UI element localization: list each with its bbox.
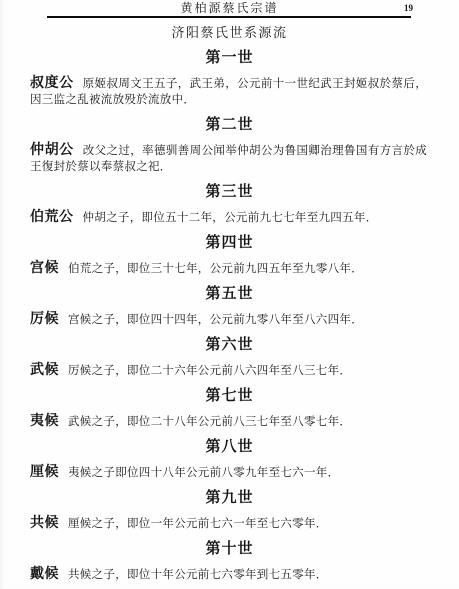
- person-name: 厉候: [30, 312, 59, 327]
- generation-heading: 第九世: [0, 490, 459, 507]
- generation-heading: 第六世: [0, 337, 459, 354]
- person-name: 伯荒公: [30, 210, 74, 225]
- person-biography: 原姬叔周文王五子，武王弟，公元前十一世纪武王封姬叔於蔡后，因三监之乱被流放殁於流…: [30, 78, 427, 106]
- person-biography: 共候之子，即位十年公元前七六零年到七五零年．: [68, 569, 328, 581]
- genealogy-page: 黄柏源蔡氏宗谱 19 济阳蔡氏世系源流 第一世 叔度公原姬叔周文王五子，武王弟，…: [0, 0, 459, 589]
- generation-section: 第二世 仲胡公改父之过，率德驯善周公闻举仲胡公为鲁国卿治理鲁国有方言於成王復封於…: [0, 117, 459, 175]
- person-biography: 武候之子，即位二十八年公元前八三七年至八零七年．: [68, 416, 351, 428]
- person-biography: 厘候之子，即位一年公元前七六一年至七六零年．: [68, 518, 328, 530]
- generation-list: 第一世 叔度公原姬叔周文王五子，武王弟，公元前十一世纪武王封姬叔於蔡后，因三监之…: [0, 50, 459, 583]
- generation-heading: 第十世: [0, 541, 459, 558]
- generation-heading: 第三世: [0, 184, 459, 201]
- person-name: 叔度公: [30, 76, 74, 91]
- person-name: 戴候: [30, 567, 59, 582]
- person-name: 夷候: [30, 414, 59, 429]
- generation-section: 第九世 共候厘候之子，即位一年公元前七六一年至七六零年．: [0, 490, 459, 532]
- person-name: 共候: [30, 516, 59, 531]
- generation-section: 第十世 戴候共候之子，即位十年公元前七六零年到七五零年．: [0, 541, 459, 583]
- generation-section: 第八世 厘候夷候之子即位四十八年公元前八零九年至七六一年．: [0, 439, 459, 481]
- page-number: 19: [404, 2, 413, 14]
- generation-heading: 第一世: [0, 50, 459, 67]
- generation-entry: 共候厘候之子，即位一年公元前七六一年至七六零年．: [0, 516, 459, 532]
- person-biography: 改父之过，率德驯善周公闻举仲胡公为鲁国卿治理鲁国有方言於成王復封於蔡以奉蔡叔之祀…: [30, 145, 427, 173]
- running-title: 黄柏源蔡氏宗谱: [0, 2, 459, 15]
- generation-entry: 伯荒公仲胡之子，即位五十二年，公元前九七七年至九四五年．: [0, 210, 459, 226]
- person-biography: 夷候之子即位四十八年公元前八零九年至七六一年．: [68, 467, 339, 479]
- generation-section: 第六世 武候厉候之子，即位二十六年公元前八六四年至八三七年．: [0, 337, 459, 379]
- generation-heading: 第四世: [0, 235, 459, 252]
- page-header: 黄柏源蔡氏宗谱 19: [0, 2, 459, 18]
- generation-section: 第一世 叔度公原姬叔周文王五子，武王弟，公元前十一世纪武王封姬叔於蔡后，因三监之…: [0, 50, 459, 108]
- generation-entry: 戴候共候之子，即位十年公元前七六零年到七五零年．: [0, 567, 459, 583]
- generation-entry: 仲胡公改父之过，率德驯善周公闻举仲胡公为鲁国卿治理鲁国有方言於成王復封於蔡以奉蔡…: [0, 143, 459, 175]
- generation-entry: 宫候伯荒之子，即位三十七年，公元前九四五年至九零八年．: [0, 261, 459, 277]
- generation-entry: 叔度公原姬叔周文王五子，武王弟，公元前十一世纪武王封姬叔於蔡后，因三监之乱被流放…: [0, 76, 459, 108]
- person-name: 武候: [30, 363, 59, 378]
- person-name: 仲胡公: [30, 143, 74, 158]
- generation-entry: 厉候宫候之子，即位四十四年，公元前九零八年至八六四年．: [0, 312, 459, 328]
- person-name: 宫候: [30, 261, 59, 276]
- generation-entry: 夷候武候之子，即位二十八年公元前八三七年至八零七年．: [0, 414, 459, 430]
- generation-entry: 武候厉候之子，即位二十六年公元前八六四年至八三七年．: [0, 363, 459, 379]
- generation-heading: 第七世: [0, 388, 459, 405]
- generation-heading: 第八世: [0, 439, 459, 456]
- generation-section: 第七世 夷候武候之子，即位二十八年公元前八三七年至八零七年．: [0, 388, 459, 430]
- generation-section: 第五世 厉候宫候之子，即位四十四年，公元前九零八年至八六四年．: [0, 286, 459, 328]
- person-biography: 伯荒之子，即位三十七年，公元前九四五年至九零八年．: [68, 263, 363, 275]
- section-title: 济阳蔡氏世系源流: [0, 25, 459, 41]
- person-biography: 宫候之子，即位四十四年，公元前九零八年至八六四年．: [68, 314, 363, 326]
- person-name: 厘候: [30, 465, 59, 480]
- generation-section: 第四世 宫候伯荒之子，即位三十七年，公元前九四五年至九零八年．: [0, 235, 459, 277]
- header-rule: [47, 16, 411, 18]
- generation-entry: 厘候夷候之子即位四十八年公元前八零九年至七六一年．: [0, 465, 459, 481]
- generation-section: 第三世 伯荒公仲胡之子，即位五十二年，公元前九七七年至九四五年．: [0, 184, 459, 226]
- person-biography: 厉候之子，即位二十六年公元前八六四年至八三七年．: [68, 365, 351, 377]
- generation-heading: 第五世: [0, 286, 459, 303]
- person-biography: 仲胡之子，即位五十二年，公元前九七七年至九四五年．: [83, 212, 378, 224]
- generation-heading: 第二世: [0, 117, 459, 134]
